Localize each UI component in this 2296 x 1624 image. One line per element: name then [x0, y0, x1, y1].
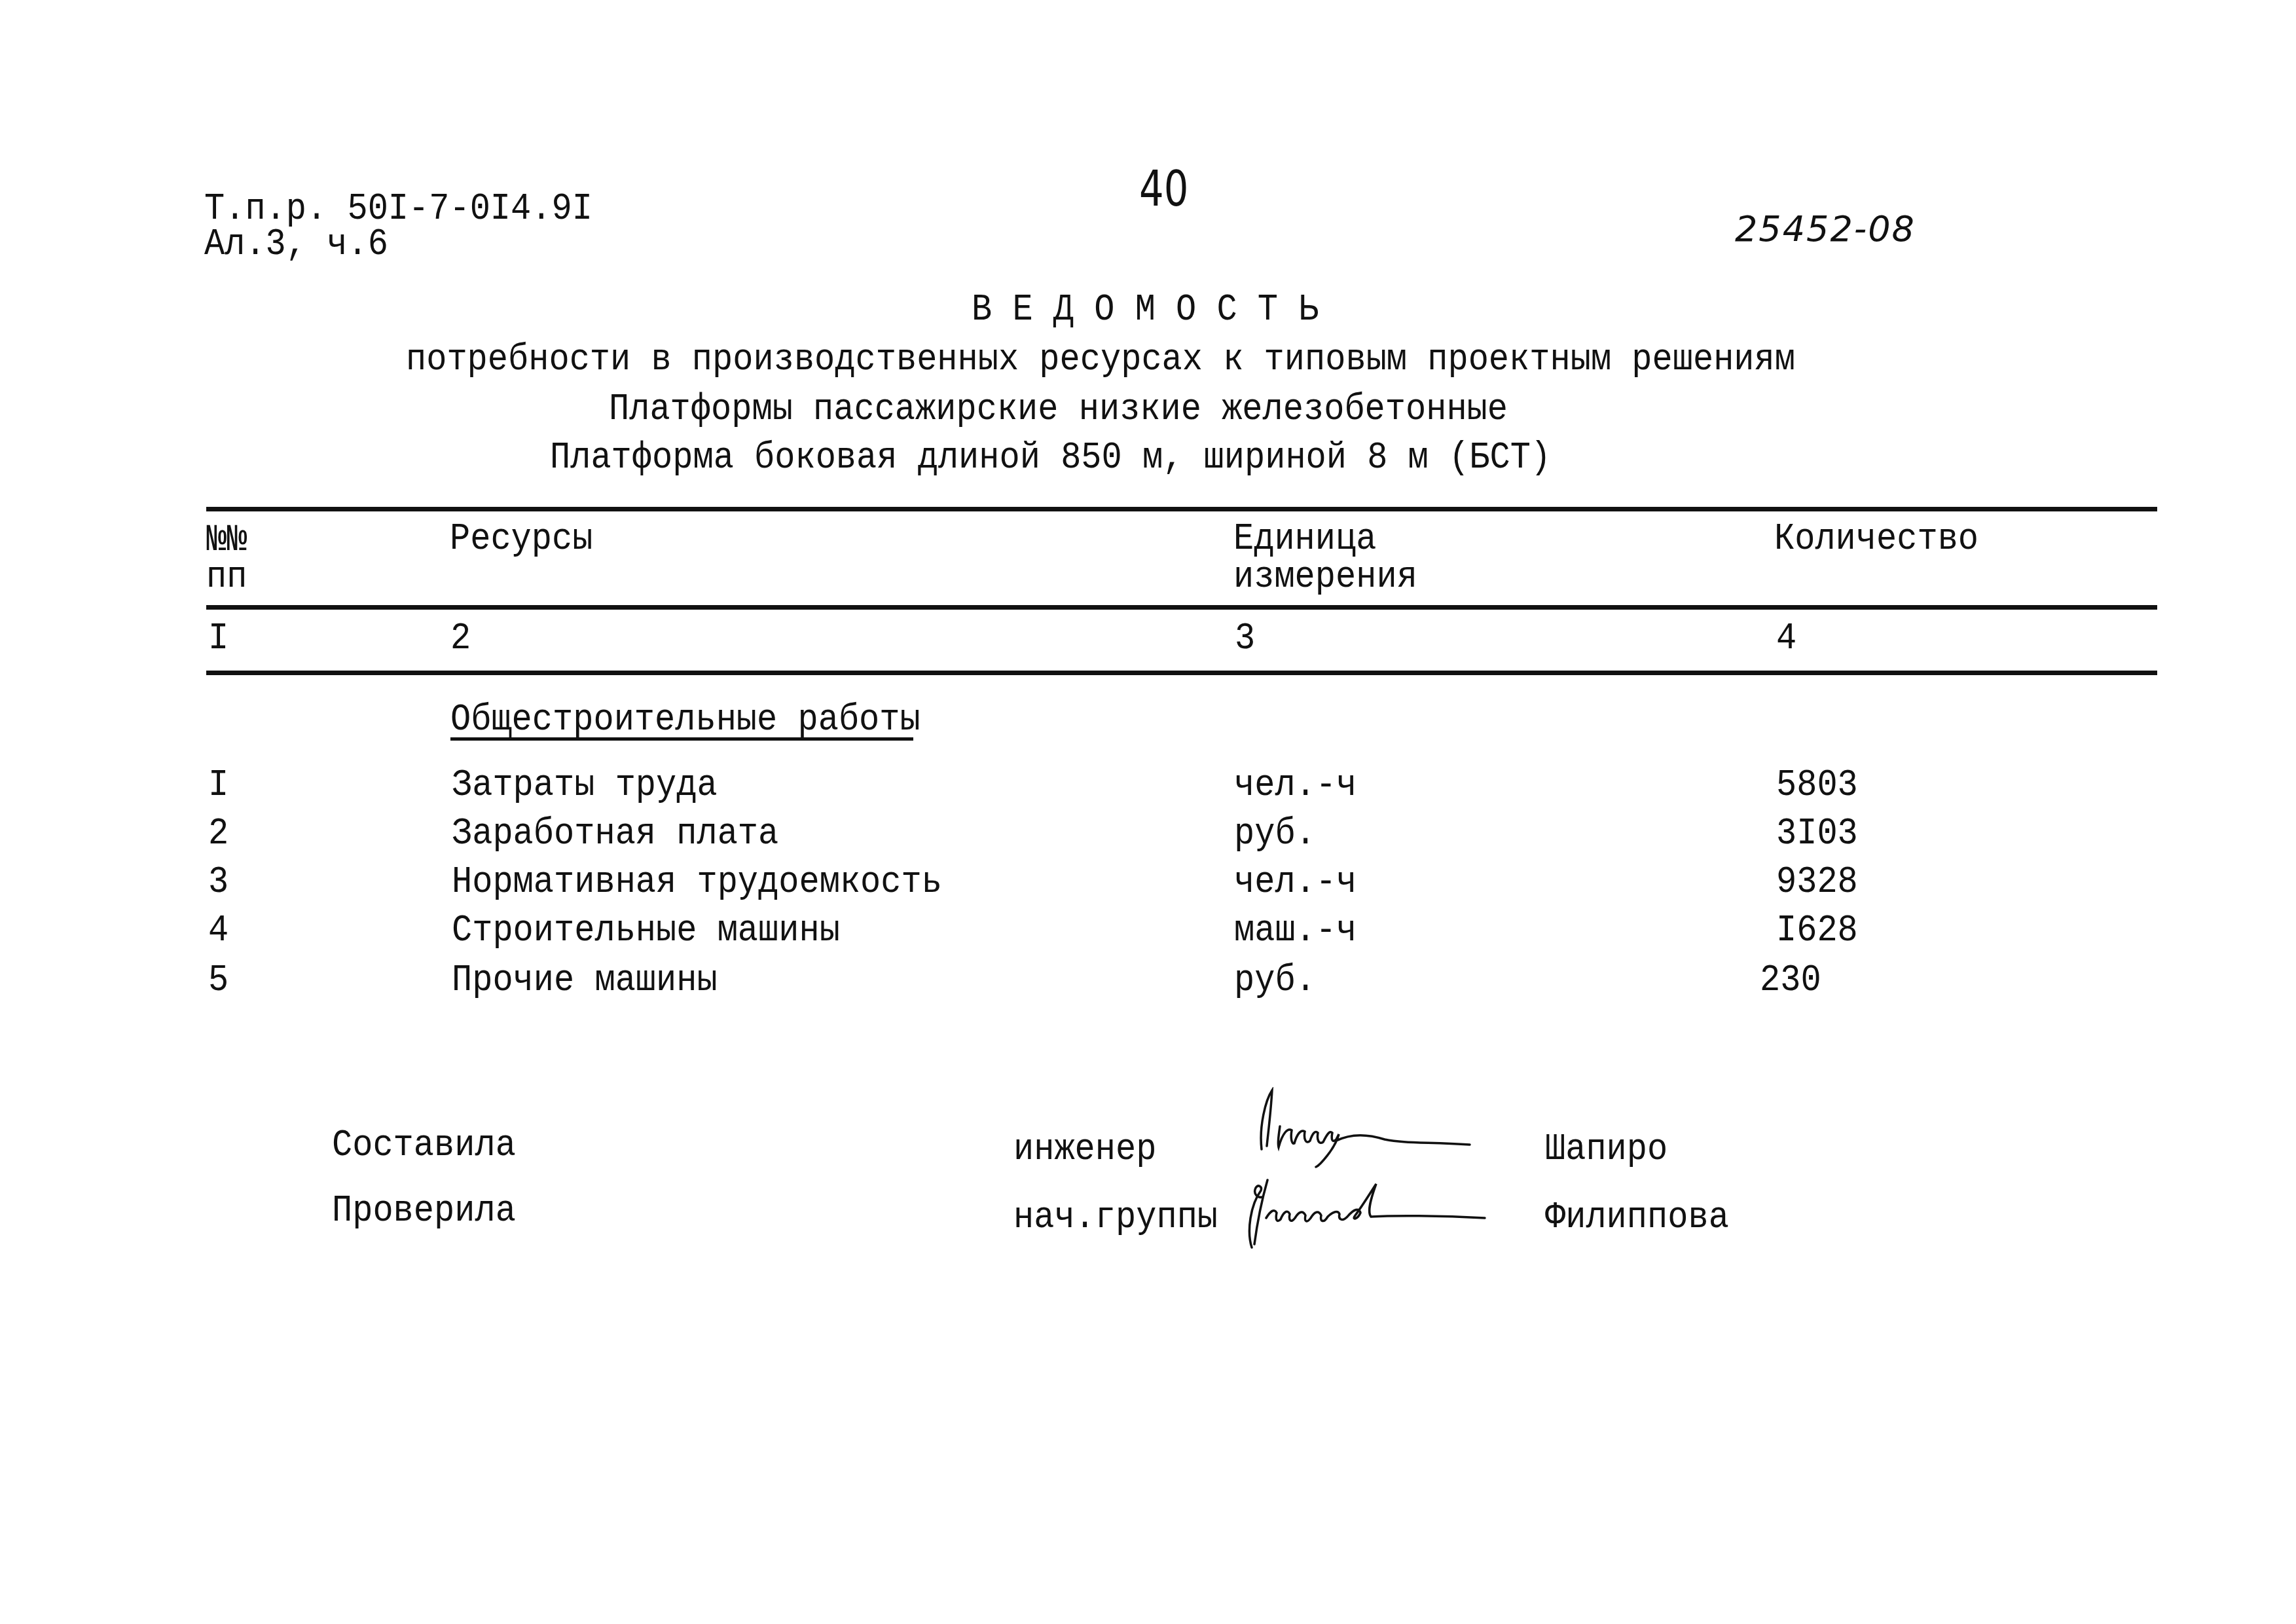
section-title-underline — [450, 737, 913, 741]
row-unit: чел.-ч — [1234, 863, 1357, 901]
row-quantity: 3I03 — [1776, 815, 1858, 853]
document-title: В Е Д О М О С Т Ь — [972, 291, 1319, 329]
row-resource: Прочие машины — [452, 961, 718, 999]
col-number-3: 3 — [1235, 619, 1255, 657]
document-page: Т.п.р. 50I-7-0I4.9I Ал.3, ч.6 40 25452-0… — [0, 0, 2296, 1624]
col-number-4: 4 — [1776, 619, 1796, 657]
document-subtitle-2: Платформы пассажирские низкие железобето… — [609, 390, 1508, 428]
row-resource: Нормативная трудоемкость — [452, 863, 942, 901]
document-subtitle-1: потребности в производственных ресурсах … — [406, 341, 1795, 378]
row-quantity: 9328 — [1776, 863, 1858, 901]
signature-action: Проверила — [332, 1192, 516, 1230]
signature-name: Шапиро — [1545, 1130, 1667, 1168]
table-numbering-rule — [206, 671, 2157, 675]
handwritten-signature-icon — [1254, 1087, 1476, 1169]
page-number: 40 — [1139, 161, 1188, 217]
inventory-number: 25452-08 — [1735, 208, 1916, 249]
signature-name: Филиппова — [1545, 1198, 1729, 1236]
row-number: 3 — [208, 863, 228, 901]
row-resource: Затраты труда — [452, 766, 718, 804]
row-unit: руб. — [1234, 815, 1316, 853]
handwritten-signature-icon — [1243, 1179, 1488, 1251]
row-quantity: 5803 — [1776, 766, 1858, 804]
row-resource: Строительные машины — [452, 912, 840, 950]
col-header-quantity: Количество — [1774, 520, 1978, 558]
row-quantity: 230 — [1760, 961, 1821, 999]
row-unit: руб. — [1234, 961, 1316, 999]
signature-position: инженер — [1013, 1130, 1156, 1168]
col-number-2: 2 — [450, 619, 471, 657]
col-header-unit-sub: измерения — [1233, 558, 1417, 596]
row-resource: Заработная плата — [452, 815, 778, 853]
col-header-number: №№ — [206, 521, 247, 559]
col-header-resources: Ресурсы — [450, 520, 592, 558]
section-title: Общестроительные работы — [450, 701, 920, 739]
document-subtitle-3: Платформа боковая длиной 850 м, шириной … — [550, 439, 1551, 477]
row-number: 4 — [208, 912, 228, 950]
row-number: 2 — [208, 815, 228, 853]
table-top-rule — [206, 507, 2157, 511]
doc-code-line2: Ал.3, ч.6 — [204, 225, 388, 263]
row-quantity: I628 — [1776, 912, 1858, 950]
row-number: 5 — [208, 961, 228, 999]
col-header-number-sub: пп — [206, 558, 247, 596]
signature-action: Составила — [332, 1126, 516, 1164]
row-unit: чел.-ч — [1234, 766, 1357, 804]
col-number-1: I — [208, 619, 228, 657]
row-number: I — [208, 766, 228, 804]
row-unit: маш.-ч — [1234, 912, 1357, 950]
col-header-unit: Единица — [1233, 520, 1376, 558]
table-header-rule — [206, 605, 2157, 610]
signature-position: нач.группы — [1013, 1198, 1218, 1236]
